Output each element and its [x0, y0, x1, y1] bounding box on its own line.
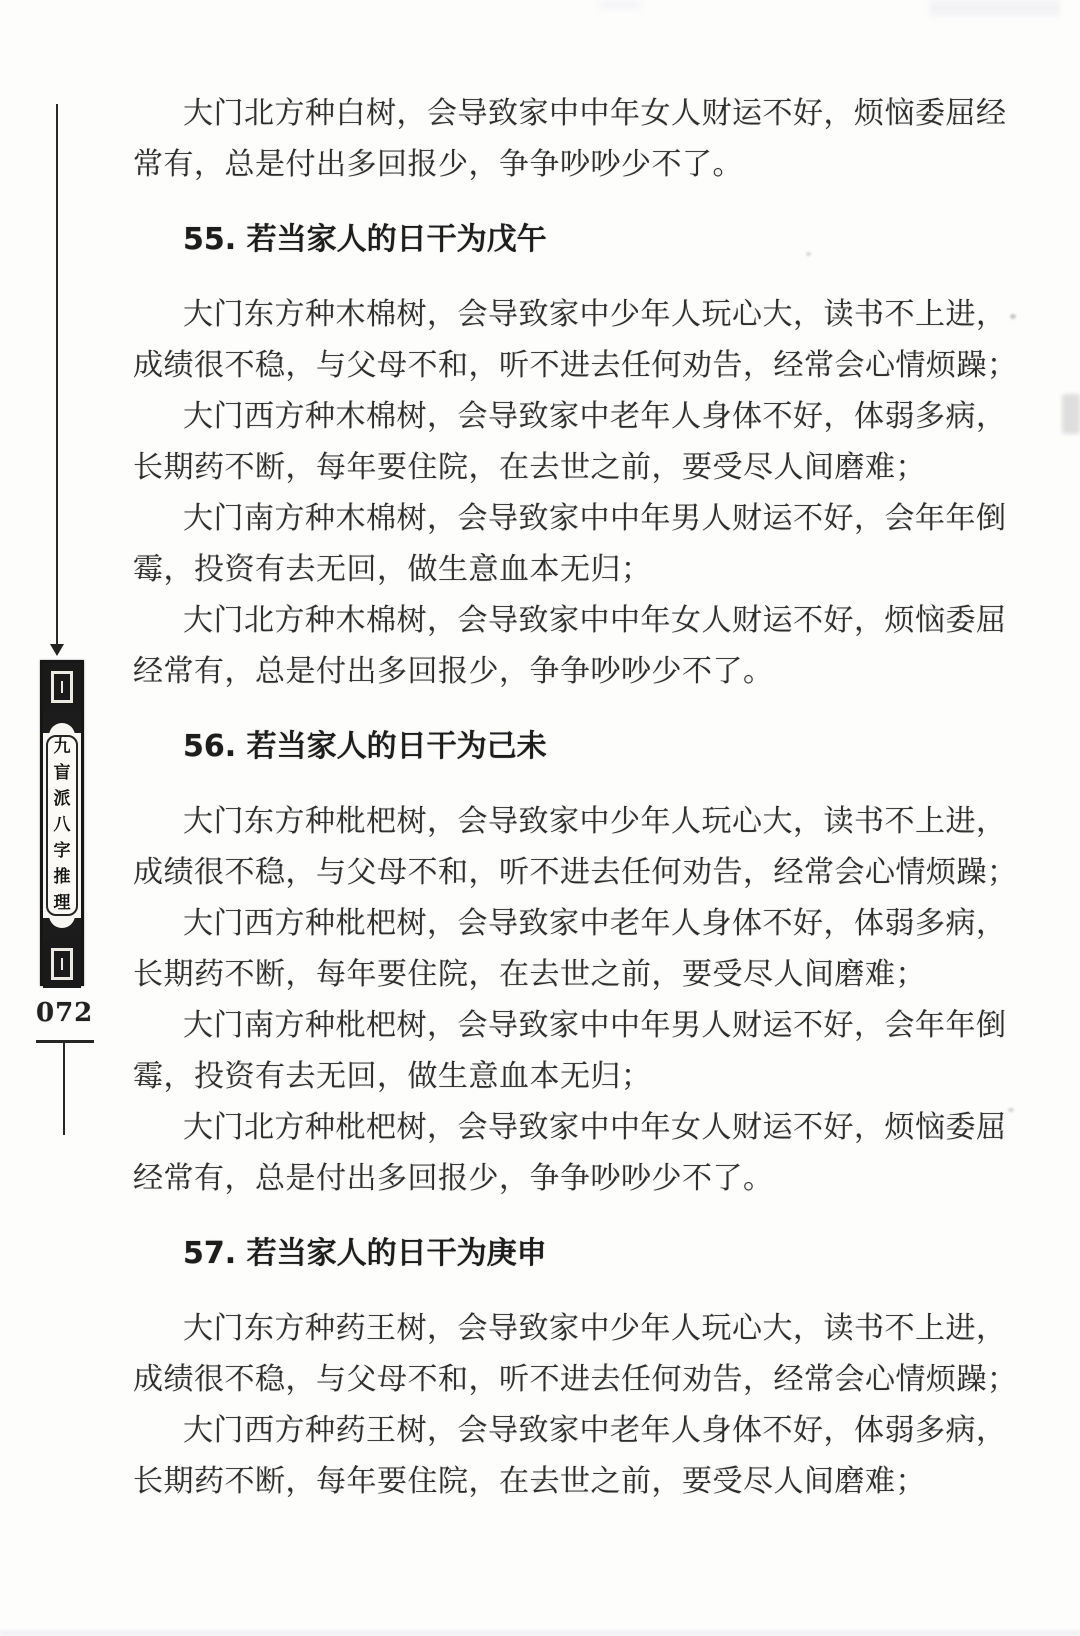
scan-artifact	[600, 0, 640, 10]
text-line: 长期药不断，每年要住院，在去世之前，要受尽人间磨难；	[133, 949, 955, 1000]
text-line: 常有，总是付出多回报少，争争吵吵少不了。	[133, 139, 955, 190]
text-line: 霉，投资有去无回，做生意血本无归；	[133, 1051, 955, 1102]
section-heading: 57. 若当家人的日干为庚申	[133, 1228, 955, 1279]
section-heading: 56. 若当家人的日干为己未	[133, 721, 955, 772]
scan-artifact	[0, 1630, 1080, 1636]
text-line: 成绩很不稳，与父母不和，听不进去任何劝告，经常会心情烦躁；	[133, 340, 955, 391]
text-line: 大门东方种药王树，会导致家中少年人玩心大，读书不上进，	[133, 1303, 955, 1354]
text-line: 成绩很不稳，与父母不和，听不进去任何劝告，经常会心情烦躁；	[133, 847, 955, 898]
text-line: 大门北方种木棉树，会导致家中中年女人财运不好，烦恼委屈	[133, 595, 955, 646]
text-line: 霉，投资有去无回，做生意血本无归；	[133, 544, 955, 595]
down-arrow-icon	[50, 644, 64, 656]
footer-rule	[36, 1040, 94, 1043]
text-line: 成绩很不稳，与父母不和，听不进去任何劝告，经常会心情烦躁；	[133, 1354, 955, 1405]
scanned-book-page: { "page": { "number": "072", "sidebar": …	[0, 0, 1080, 1636]
sidebar-title-char: 盲	[54, 763, 71, 784]
text-line: 经常有，总是付出多回报少，争争吵吵少不了。	[133, 1153, 955, 1204]
sidebar-title-char: 九	[54, 737, 71, 758]
text-line: 大门南方种木棉树，会导致家中中年男人财运不好，会年年倒	[133, 493, 955, 544]
text-line: 大门西方种枇杷树，会导致家中老年人身体不好，体弱多病，	[133, 898, 955, 949]
page-body: 大门北方种白树，会导致家中中年女人财运不好，烦恼委屈经 常有，总是付出多回报少，…	[133, 88, 955, 1507]
sidebar-title-char: 推	[54, 867, 71, 888]
arch-ornament-bottom-icon	[43, 918, 81, 940]
text-line: 大门西方种木棉树，会导致家中老年人身体不好，体弱多病，	[133, 391, 955, 442]
text-line: 经常有，总是付出多回报少，争争吵吵少不了。	[133, 646, 955, 697]
margin-lead-line	[56, 104, 58, 646]
text-line: 大门北方种枇杷树，会导致家中中年女人财运不好，烦恼委屈	[133, 1102, 955, 1153]
arch-ornament-top-icon	[43, 711, 81, 733]
scan-artifact	[930, 0, 1060, 16]
sidebar-book-title: 九 盲 派 八 字 推 理	[46, 735, 78, 916]
sidebar-title-char: 八	[54, 815, 71, 836]
text-line: 大门西方种药王树，会导致家中老年人身体不好，体弱多病，	[133, 1405, 955, 1456]
sidebar-title-char: 理	[54, 893, 71, 914]
sidebar-title-char: 派	[54, 789, 71, 810]
text-line: 长期药不断，每年要住院，在去世之前，要受尽人间磨难；	[133, 442, 955, 493]
page-number: 072	[36, 998, 92, 1028]
sidebar-title-char: 字	[54, 841, 71, 862]
seal-ornament-top-icon	[43, 663, 81, 711]
footer-lead-line	[63, 1043, 65, 1135]
text-line: 大门东方种木棉树，会导致家中少年人玩心大，读书不上进，	[133, 289, 955, 340]
scan-artifact	[1010, 314, 1016, 319]
text-line: 大门南方种枇杷树，会导致家中中年男人财运不好，会年年倒	[133, 1000, 955, 1051]
section-heading: 55. 若当家人的日干为戊午	[133, 214, 955, 265]
seal-ornament-bottom-icon	[43, 940, 81, 988]
text-line: 大门东方种枇杷树，会导致家中少年人玩心大，读书不上进，	[133, 796, 955, 847]
sidebar-title-cartouche: 九 盲 派 八 字 推 理	[40, 660, 84, 986]
text-line: 长期药不断，每年要住院，在去世之前，要受尽人间磨难；	[133, 1456, 955, 1507]
text-line: 大门北方种白树，会导致家中中年女人财运不好，烦恼委屈经	[133, 88, 955, 139]
scan-artifact	[1062, 394, 1080, 434]
scan-artifact	[1008, 1108, 1014, 1112]
